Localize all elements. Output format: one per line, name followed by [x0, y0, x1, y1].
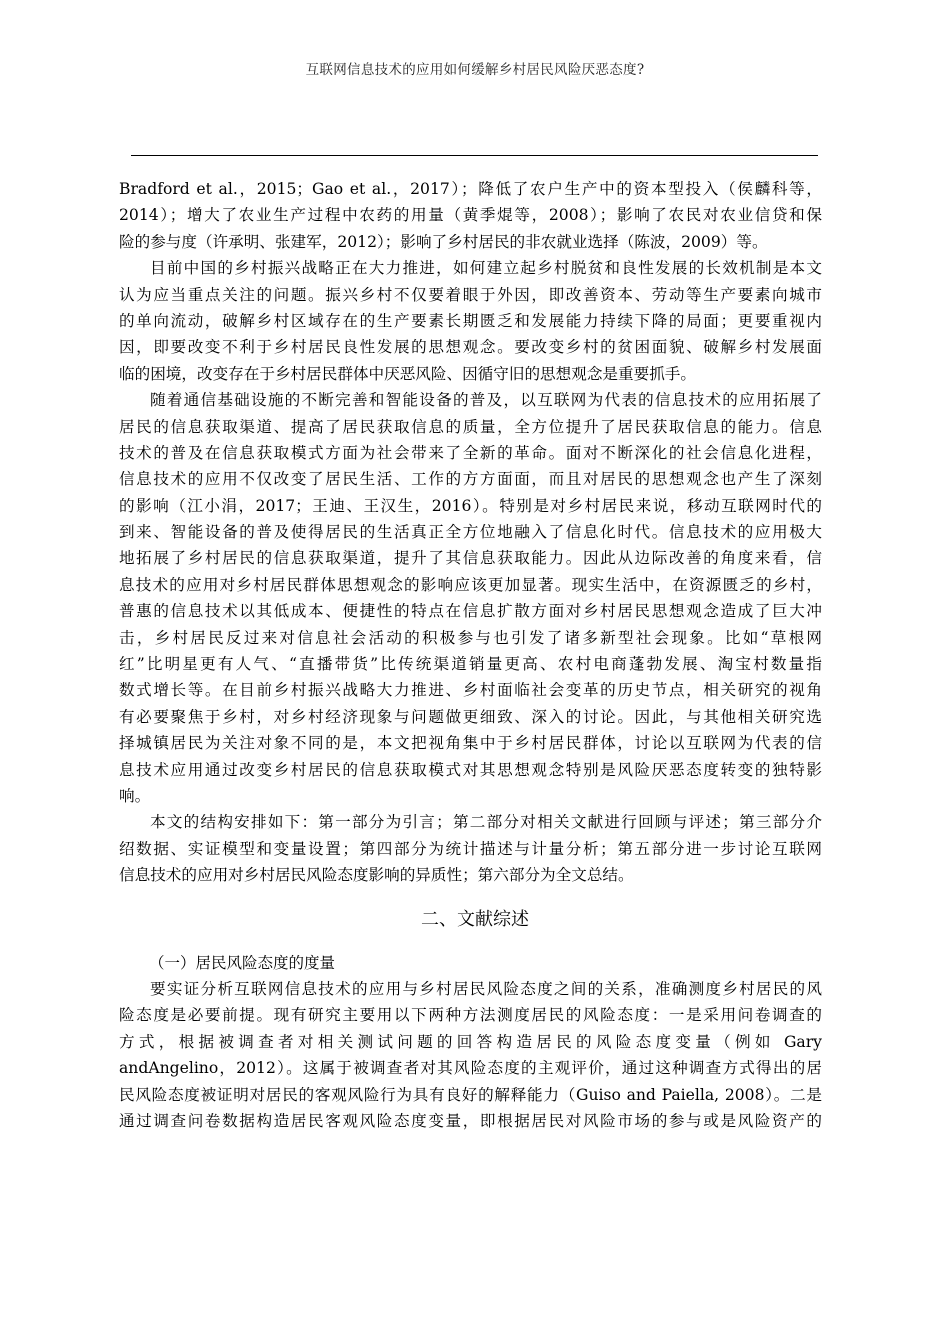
text-line: 险的参与度（许承明、张建军，2012）；影响了乡村居民的非农就业选择（陈波，20… [119, 229, 822, 255]
text-line: 认为应当重点关注的问题。振兴乡村不仅要着眼于外因，即改善资本、劳动等生产要素向城… [119, 282, 822, 308]
header-rule [131, 155, 818, 156]
text-line: 技术的普及在信息获取模式方面为社会带来了全新的革命。面对不断深化的社会信息化进程… [119, 440, 822, 466]
text-line: 通过调查问卷数据构造居民客观风险态度变量，即根据居民对风险市场的参与或是风险资产… [119, 1108, 822, 1134]
text-line: 目前中国的乡村振兴战略正在大力推进，如何建立起乡村脱贫和良性发展的长效机制是本文 [119, 255, 822, 281]
text-line: 到来、智能设备的普及使得居民的生活真正全方位地融入了信息化时代。信息技术的应用极… [119, 519, 822, 545]
text-line: 的单向流动，破解乡村区域存在的生产要素长期匮乏和发展能力持续下降的局面；更要重视… [119, 308, 822, 334]
text-line: andAngelino，2012）。这属于被调查者对其风险态度的主观评价，通过这… [119, 1055, 822, 1081]
text-line: 临的困境，改变存在于乡村居民群体中厌恶风险、因循守旧的思想观念是重要抓手。 [119, 361, 822, 387]
text-line: 息技术应用通过改变乡村居民的信息获取模式对其思想观念特别是风险厌恶态度转变的独特… [119, 757, 822, 783]
text-line: 有必要聚焦于乡村，对乡村经济现象与问题做更细致、深入的讨论。因此，与其他相关研究… [119, 704, 822, 730]
text-line: 击，乡村居民反过来对信息社会活动的积极参与也引发了诸多新型社会现象。比如“草根网 [119, 625, 822, 651]
text-line: 数式增长等。在目前乡村振兴战略大力推进、乡村面临社会变革的历史节点，相关研究的视… [119, 677, 822, 703]
text-line: 普惠的信息技术以其低成本、便捷性的特点在信息扩散方面对乡村居民思想观念造成了巨大… [119, 598, 822, 624]
text-line: 择城镇居民为关注对象不同的是，本文把视角集中于乡村居民群体，讨论以互联网为代表的… [119, 730, 822, 756]
text-line: 响。 [119, 783, 822, 809]
running-header-title: 互联网信息技术的应用如何缓解乡村居民风险厌恶态度? [0, 58, 950, 78]
text-line: 信息技术的应用不仅改变了居民生活、工作的方方面面，而且对居民的思想观念也产生了深… [119, 466, 822, 492]
text-line: 2014）；增大了农业生产过程中农药的用量（黄季焜等，2008）；影响了农民对农… [119, 202, 822, 228]
text-line: 方式，根据被调查者对相关测试问题的回答构造居民的风险态度变量（例如 Gary [119, 1029, 822, 1055]
text-line: Bradford et al.，2015；Gao et al.，2017）；降低… [119, 176, 822, 202]
section-heading: 二、文献综述 [0, 905, 950, 931]
text-line: 的影响（江小涓，2017；王迪、王汉生，2016）。特别是对乡村居民来说，移动互… [119, 493, 822, 519]
text-line: 随着通信基础设施的不断完善和智能设备的普及，以互联网为代表的信息技术的应用拓展了 [119, 387, 822, 413]
section-body: 要实证分析互联网信息技术的应用与乡村居民风险态度之间的关系，准确测度乡村居民的风… [119, 976, 822, 1134]
text-line: 民风险态度被证明对居民的客观风险行为具有良好的解释能力（Guiso and Pa… [119, 1082, 822, 1108]
text-line: 要实证分析互联网信息技术的应用与乡村居民风险态度之间的关系，准确测度乡村居民的风 [119, 976, 822, 1002]
text-line: 险态度是必要前提。现有研究主要用以下两种方法测度居民的风险态度：一是采用问卷调查… [119, 1002, 822, 1028]
text-line: 地拓展了乡村居民的信息获取渠道，提升了其信息获取能力。因此从边际改善的角度来看，… [119, 545, 822, 571]
subsection-heading: （一）居民风险态度的度量 [149, 951, 335, 973]
text-line: 本文的结构安排如下：第一部分为引言；第二部分对相关文献进行回顾与评述；第三部分介 [119, 809, 822, 835]
text-line: 红”比明星更有人气、“直播带货”比传统渠道销量更高、农村电商蓬勃发展、淘宝村数量… [119, 651, 822, 677]
text-line: 因，即要改变不利于乡村居民良性发展的思想观念。要改变乡村的贫困面貌、破解乡村发展… [119, 334, 822, 360]
text-line: 绍数据、实证模型和变量设置；第四部分为统计描述与计量分析；第五部分进一步讨论互联… [119, 836, 822, 862]
intro-body: Bradford et al.，2015；Gao et al.，2017）；降低… [119, 176, 822, 889]
text-line: 信息技术的应用对乡村居民风险态度影响的异质性；第六部分为全文总结。 [119, 862, 822, 888]
text-line: 息技术的应用对乡村居民群体思想观念的影响应该更加显著。现实生活中，在资源匮乏的乡… [119, 572, 822, 598]
text-line: 居民的信息获取渠道、提高了居民获取信息的质量，全方位提升了居民获取信息的能力。信… [119, 414, 822, 440]
